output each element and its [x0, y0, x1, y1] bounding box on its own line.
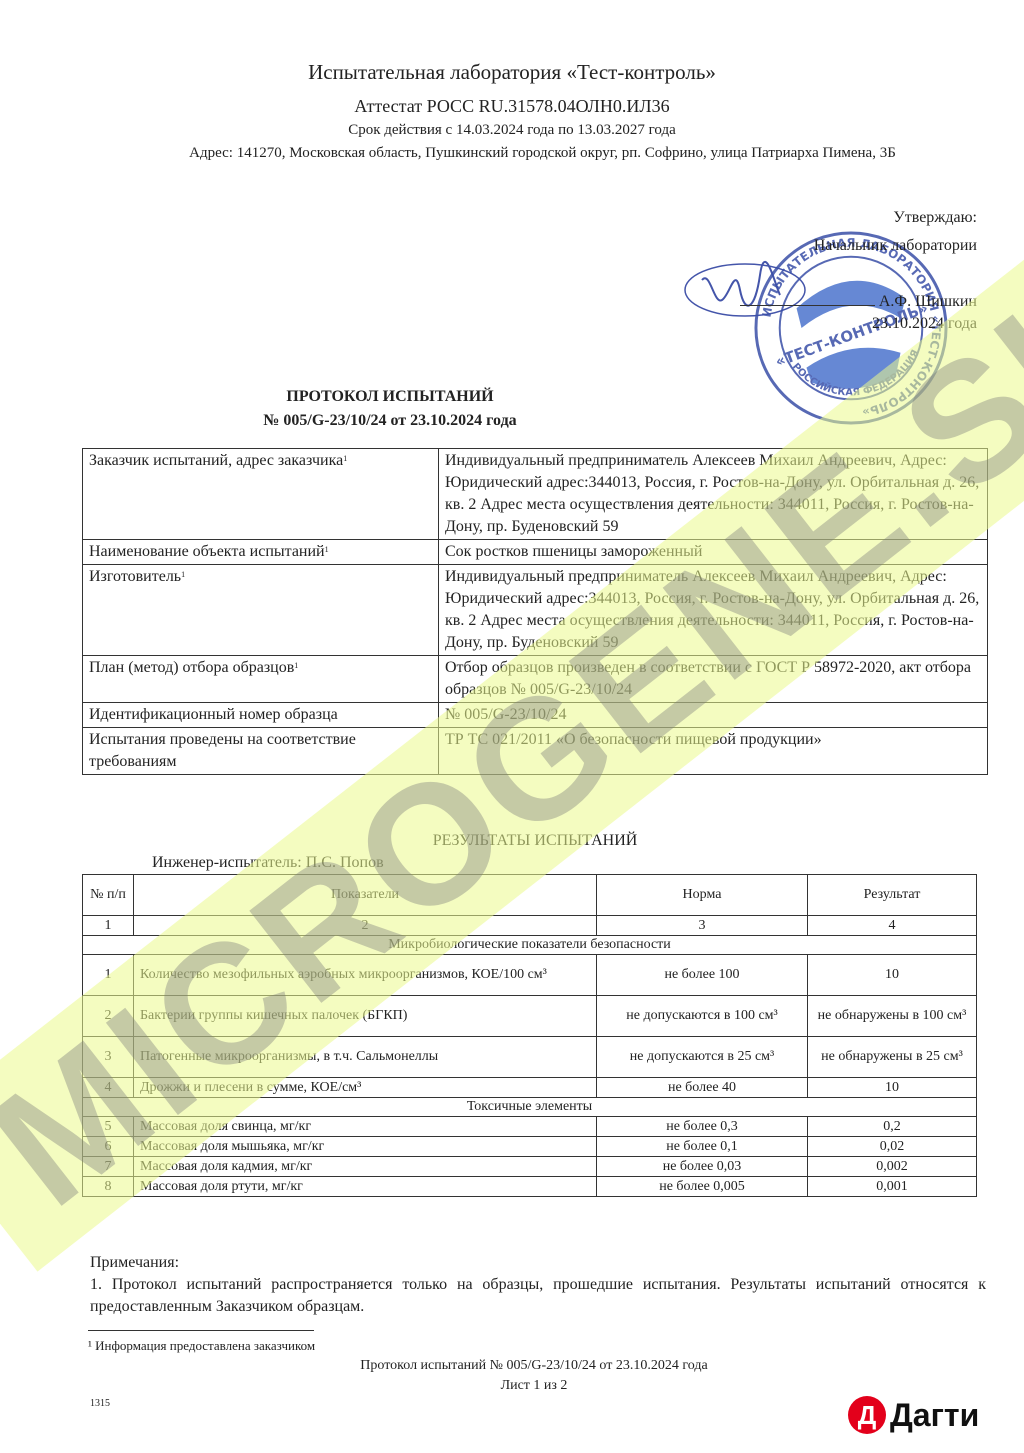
protocol-number: № 005/G-23/10/24 от 23.10.2024 года [80, 409, 700, 433]
footnote-divider [88, 1330, 314, 1331]
norm-value: не более 0,3 [597, 1117, 808, 1137]
result-row: 2Бактерии группы кишечных палочек (БГКП)… [83, 996, 977, 1037]
info-key: Испытания проведены на соответствие треб… [83, 728, 439, 775]
info-key-text: Изготовитель [89, 568, 181, 585]
colnum-3: 3 [597, 916, 808, 936]
result-row: 6Массовая доля мышьяка, мг/кгне более 0,… [83, 1137, 977, 1157]
row-number: 7 [83, 1157, 134, 1177]
indicator-name: Количество мезофильных аэробных микроорг… [134, 955, 597, 996]
row-number: 8 [83, 1177, 134, 1197]
footnote-mark: 1 [343, 454, 347, 463]
validity-period: Срок действия с 14.03.2024 года по 13.03… [0, 122, 1024, 139]
norm-value: не допускаются в 25 см³ [597, 1037, 808, 1078]
result-row: 8Массовая доля ртути, мг/кгне более 0,00… [83, 1177, 977, 1197]
colnum-1: 1 [83, 916, 134, 936]
footnote-mark: 1 [181, 570, 185, 579]
note-1: 1. Протокол испытаний распространяется т… [90, 1274, 986, 1318]
info-value: Сок ростков пшеницы замороженный [439, 540, 988, 565]
result-value: 10 [808, 955, 977, 996]
info-table: Заказчик испытаний, адрес заказчика1Инди… [82, 448, 988, 775]
norm-value: не более 0,1 [597, 1137, 808, 1157]
results-title: РЕЗУЛЬТАТЫ ИСПЫТАНИЙ [80, 832, 990, 850]
row-number: 6 [83, 1137, 134, 1157]
info-row: Изготовитель1Индивидуальный предпринимат… [83, 565, 988, 656]
info-row: Заказчик испытаний, адрес заказчика1Инди… [83, 449, 988, 540]
signature-line [740, 305, 875, 306]
indicator-name: Патогенные микроорганизмы, в т.ч. Сальмо… [134, 1037, 597, 1078]
section-micro-label: Микробиологические показатели безопаснос… [83, 936, 977, 955]
approver-name: А.Ф. Шишкин [879, 293, 977, 310]
info-key-text: Испытания проведены на соответствие треб… [89, 731, 356, 770]
footer-sheet: Лист 1 из 2 [0, 1378, 1024, 1394]
row-number: 4 [83, 1078, 134, 1098]
info-key-text: Идентификационный номер образца [89, 706, 338, 723]
info-value: Индивидуальный предприниматель Алексеев … [439, 449, 988, 540]
result-value: не обнаружены в 100 см³ [808, 996, 977, 1037]
indicator-name: Массовая доля свинца, мг/кг [134, 1117, 597, 1137]
result-value: 0,001 [808, 1177, 977, 1197]
header-indicator: Показатели [134, 875, 597, 916]
result-row: 5Массовая доля свинца, мг/кгне более 0,3… [83, 1117, 977, 1137]
indicator-name: Массовая доля мышьяка, мг/кг [134, 1137, 597, 1157]
result-value: не обнаружены в 25 см³ [808, 1037, 977, 1078]
result-value: 10 [808, 1078, 977, 1098]
header-result: Результат [808, 875, 977, 916]
info-row: Идентификационный номер образца№ 005/G-2… [83, 703, 988, 728]
footnote: ¹ Информация предоставлена заказчиком [88, 1338, 315, 1354]
brand-name: Дагти [890, 1397, 979, 1434]
colnum-4: 4 [808, 916, 977, 936]
engineer: Инженер-испытатель: П.С. Попов [152, 854, 384, 872]
colnum-2: 2 [134, 916, 597, 936]
results-table: № п/п Показатели Норма Результат 1 2 3 4… [82, 874, 977, 1197]
row-number: 3 [83, 1037, 134, 1078]
row-number: 1 [83, 955, 134, 996]
footer-protocol-ref: Протокол испытаний № 005/G-23/10/24 от 2… [0, 1358, 1024, 1374]
header-norm: Норма [597, 875, 808, 916]
row-number: 2 [83, 996, 134, 1037]
info-key-text: План (метод) отбора образцов [89, 659, 294, 676]
lab-address: Адрес: 141270, Московская область, Пушки… [140, 143, 945, 164]
info-key: Заказчик испытаний, адрес заказчика1 [83, 449, 439, 540]
info-value: ТР ТС 021/2011 «О безопасности пищевой п… [439, 728, 988, 775]
result-row: 7Массовая доля кадмия, мг/кгне более 0,0… [83, 1157, 977, 1177]
info-value: Отбор образцов произведен в соответствии… [439, 656, 988, 703]
result-value: 0,2 [808, 1117, 977, 1137]
result-row: 3Патогенные микроорганизмы, в т.ч. Сальм… [83, 1037, 977, 1078]
info-row: Испытания проведены на соответствие треб… [83, 728, 988, 775]
section-micro: Микробиологические показатели безопаснос… [83, 936, 977, 955]
brand-logo[interactable]: Д Дагти [848, 1396, 979, 1434]
indicator-name: Бактерии группы кишечных палочек (БГКП) [134, 996, 597, 1037]
lab-name: Испытательная лаборатория «Тест-контроль… [0, 60, 1024, 85]
approval-label: Утверждаю: [740, 204, 977, 232]
column-number-row: 1 2 3 4 [83, 916, 977, 936]
result-value: 0,02 [808, 1137, 977, 1157]
norm-value: не более 40 [597, 1078, 808, 1098]
protocol-title: ПРОТОКОЛ ИСПЫТАНИЙ [80, 385, 700, 409]
attestat: Аттестат РОСС RU.31578.04ОЛН0.ИЛ36 [0, 96, 1024, 117]
indicator-name: Массовая доля ртути, мг/кг [134, 1177, 597, 1197]
indicator-name: Массовая доля кадмия, мг/кг [134, 1157, 597, 1177]
info-row: План (метод) отбора образцов1Отбор образ… [83, 656, 988, 703]
protocol-heading: ПРОТОКОЛ ИСПЫТАНИЙ № 005/G-23/10/24 от 2… [80, 385, 700, 433]
norm-value: не более 0,005 [597, 1177, 808, 1197]
info-key-text: Наименование объекта испытаний [89, 543, 325, 560]
result-value: 0,002 [808, 1157, 977, 1177]
info-key-text: Заказчик испытаний, адрес заказчика [89, 452, 343, 469]
results-header-row: № п/п Показатели Норма Результат [83, 875, 977, 916]
brand-logo-icon: Д [848, 1396, 886, 1434]
notes: Примечания: 1. Протокол испытаний распро… [90, 1252, 986, 1318]
info-row: Наименование объекта испытаний1Сок ростк… [83, 540, 988, 565]
norm-value: не допускаются в 100 см³ [597, 996, 808, 1037]
page-code: 1315 [90, 1398, 110, 1409]
info-key: План (метод) отбора образцов1 [83, 656, 439, 703]
approval-block: Утверждаю: Начальник лаборатории А.Ф. Ши… [740, 204, 977, 338]
info-value: Индивидуальный предприниматель Алексеев … [439, 565, 988, 656]
info-key: Идентификационный номер образца [83, 703, 439, 728]
result-row: 4Дрожжи и плесени в сумме, КОЕ/см³не бол… [83, 1078, 977, 1098]
norm-value: не более 0,03 [597, 1157, 808, 1177]
norm-value: не более 100 [597, 955, 808, 996]
row-number: 5 [83, 1117, 134, 1137]
info-key: Наименование объекта испытаний1 [83, 540, 439, 565]
footnote-mark: 1 [294, 661, 298, 670]
info-key: Изготовитель1 [83, 565, 439, 656]
header-number: № п/п [83, 875, 134, 916]
notes-label: Примечания: [90, 1252, 986, 1274]
result-row: 1Количество мезофильных аэробных микроор… [83, 955, 977, 996]
indicator-name: Дрожжи и плесени в сумме, КОЕ/см³ [134, 1078, 597, 1098]
info-value: № 005/G-23/10/24 [439, 703, 988, 728]
approver-position: Начальник лаборатории [740, 232, 977, 260]
section-toxic-label: Токсичные элементы [83, 1098, 977, 1117]
footnote-mark: 1 [325, 545, 329, 554]
section-toxic: Токсичные элементы [83, 1098, 977, 1117]
